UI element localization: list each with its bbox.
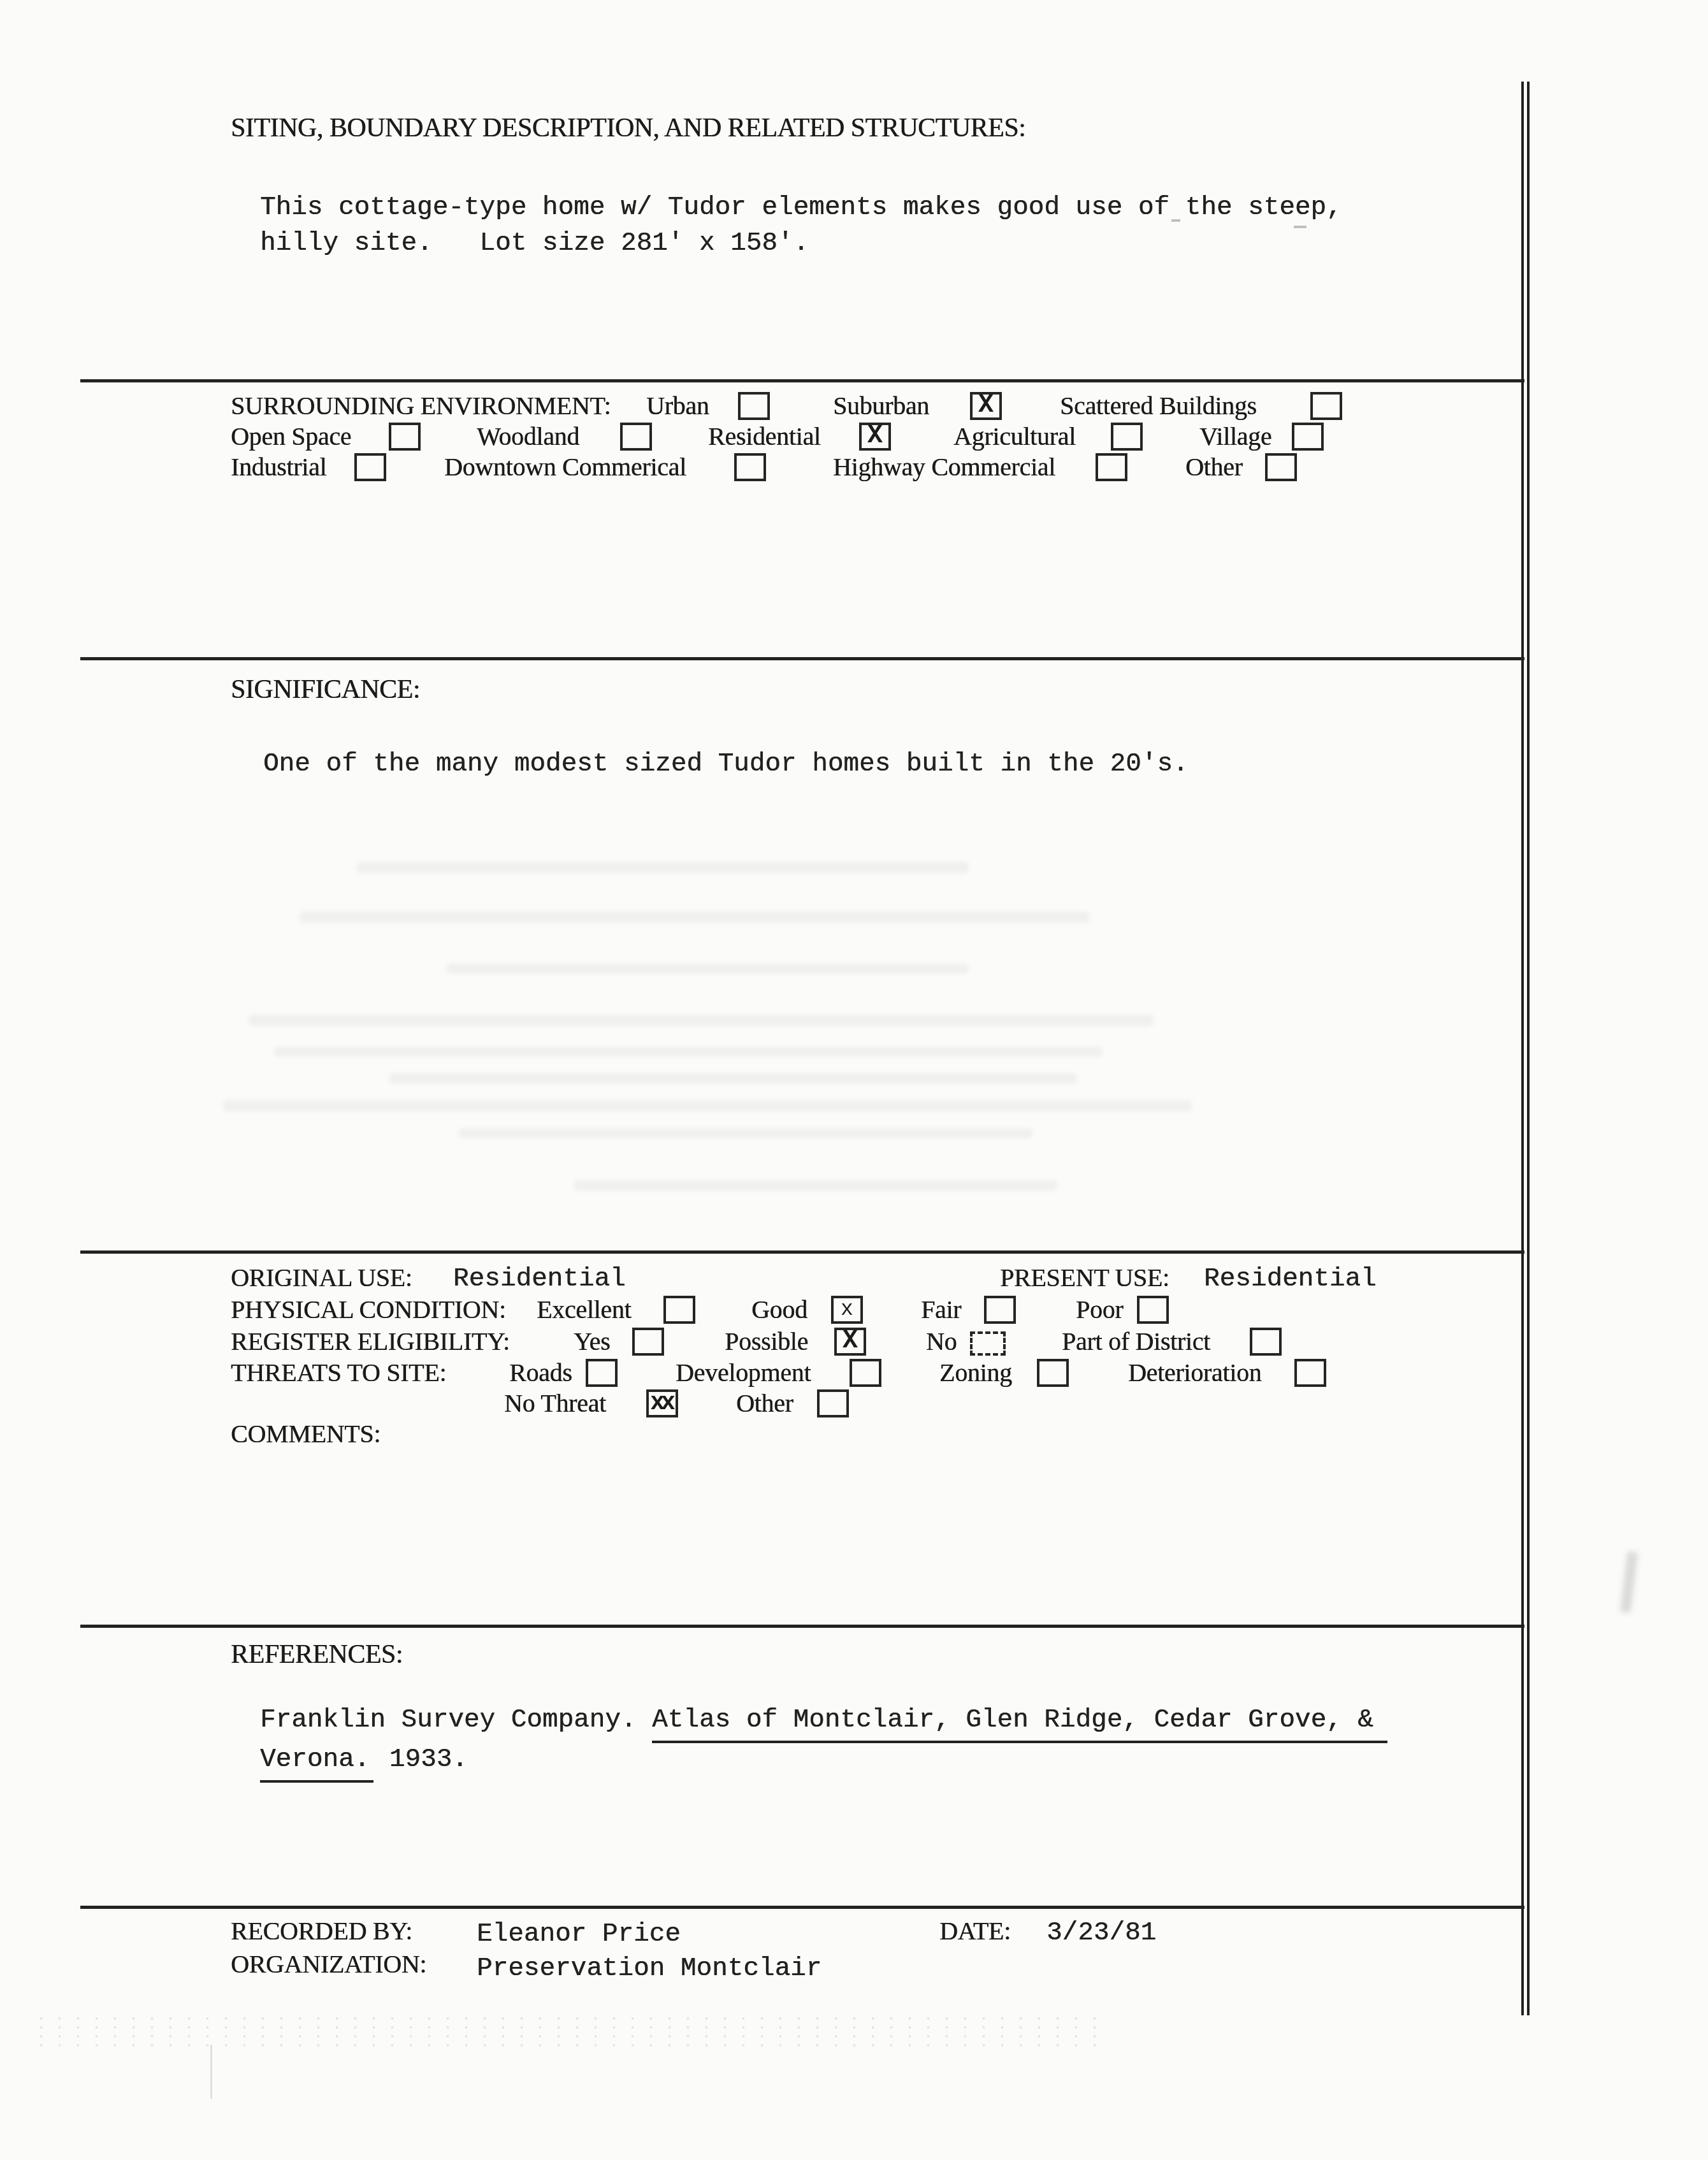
threats-roads-label: Roads [509, 1358, 572, 1388]
threats-roads-checkbox[interactable] [586, 1359, 618, 1387]
env-industrial-checkbox[interactable] [354, 453, 386, 481]
env-industrial-label: Industrial [231, 452, 326, 482]
environment-heading: SURROUNDING ENVIRONMENT: [231, 391, 611, 421]
register-no-checkbox[interactable] [970, 1331, 1006, 1356]
scan-artifact [574, 1180, 1058, 1191]
env-scattered-buildings-label: Scattered Buildings [1060, 391, 1257, 421]
divider-4 [80, 1625, 1524, 1628]
condition-fair-label: Fair [921, 1294, 961, 1324]
scan-artifact [357, 862, 969, 873]
siting-heading: SITING, BOUNDARY DESCRIPTION, AND RELATE… [231, 113, 1025, 143]
env-urban-checkbox[interactable] [738, 392, 770, 420]
siting-body: This cottage-type home w/ Tudor elements… [260, 190, 1342, 261]
scan-artifact [32, 2014, 1103, 2052]
original-use-label: ORIGINAL USE: [231, 1263, 412, 1293]
register-yes-checkbox[interactable] [632, 1328, 664, 1356]
register-possible-label: Possible [725, 1326, 808, 1356]
env-village-checkbox[interactable] [1292, 423, 1324, 451]
reference-title-part-1: Atlas of Montclair, Glen Ridge, Cedar Gr… [652, 1706, 1387, 1743]
recorded-by-value: Eleanor Price [477, 1920, 681, 1949]
env-scattered-buildings-checkbox[interactable] [1310, 392, 1342, 420]
scan-artifact [274, 1047, 1103, 1057]
env-suburban-label: Suburban [833, 391, 929, 421]
threats-no-threat-checkbox[interactable]: xx [646, 1389, 678, 1417]
scan-artifact [389, 1073, 1077, 1084]
divider-2 [80, 657, 1524, 660]
env-other-label: Other [1185, 452, 1243, 482]
env-woodland-checkbox[interactable] [620, 423, 652, 451]
references-heading: REFERENCES: [231, 1639, 403, 1670]
date-value: 3/23/81 [1046, 1918, 1156, 1948]
register-yes-label: Yes [574, 1326, 610, 1356]
env-woodland-label: Woodland [477, 421, 579, 451]
scan-artifact [1620, 1551, 1637, 1613]
env-residential-label: Residential [708, 421, 821, 451]
physical-condition-label: PHYSICAL CONDITION: [231, 1294, 506, 1324]
divider-5 [80, 1906, 1524, 1909]
scan-artifact [223, 1100, 1192, 1112]
original-use-value: Residential [453, 1265, 626, 1294]
reference-line-1: Franklin Survey Company. Atlas of Montcl… [260, 1706, 1387, 1735]
date-label: DATE: [939, 1916, 1011, 1946]
comments-label: COMMENTS: [231, 1419, 380, 1449]
scan-artifact [459, 1128, 1032, 1138]
env-downtown-commerical-checkbox[interactable] [734, 453, 766, 481]
divider-1 [80, 379, 1524, 382]
condition-poor-label: Poor [1076, 1294, 1123, 1324]
env-agricultural-checkbox[interactable] [1111, 423, 1143, 451]
condition-fair-checkbox[interactable] [984, 1296, 1016, 1324]
scan-artifact [249, 1015, 1154, 1026]
condition-excellent-checkbox[interactable] [663, 1296, 695, 1324]
right-border-line-inner [1521, 82, 1524, 2015]
threats-other-checkbox[interactable] [817, 1389, 849, 1417]
reference-title-part-2: Verona. [260, 1745, 373, 1783]
register-possible-checkbox[interactable]: X [834, 1328, 866, 1356]
threats-other-label: Other [736, 1388, 793, 1418]
present-use-value: Residential [1204, 1265, 1377, 1294]
threats-deterioration-label: Deterioration [1128, 1358, 1261, 1388]
historic-site-survey-form: SITING, BOUNDARY DESCRIPTION, AND RELATE… [0, 0, 1708, 2160]
present-use-label: PRESENT USE: [1000, 1263, 1169, 1293]
env-village-label: Village [1199, 421, 1271, 451]
reference-year: 1933. [373, 1745, 468, 1774]
scan-artifact [446, 964, 969, 974]
condition-good-label: Good [751, 1294, 807, 1324]
threats-deterioration-checkbox[interactable] [1294, 1359, 1326, 1387]
scan-artifact [300, 911, 1090, 923]
threats-zoning-label: Zoning [939, 1358, 1012, 1388]
divider-3 [80, 1250, 1524, 1254]
env-highway-commercial-label: Highway Commercial [833, 452, 1055, 482]
significance-body: One of the many modest sized Tudor homes… [263, 750, 1189, 779]
env-highway-commercial-checkbox[interactable] [1096, 453, 1127, 481]
organization-value: Preservation Montclair [477, 1954, 821, 1983]
threats-zoning-checkbox[interactable] [1037, 1359, 1069, 1387]
env-open-space-label: Open Space [231, 421, 351, 451]
threats-no-threat-label: No Threat [504, 1388, 606, 1418]
register-part-of-district-checkbox[interactable] [1250, 1328, 1282, 1356]
env-downtown-commerical-label: Downtown Commerical [444, 452, 686, 482]
condition-poor-checkbox[interactable] [1137, 1296, 1169, 1324]
env-agricultural-label: Agricultural [953, 421, 1076, 451]
threats-development-label: Development [676, 1358, 811, 1388]
right-border-line-outer [1527, 82, 1530, 2015]
recorded-by-label: RECORDED BY: [231, 1916, 412, 1946]
env-other-checkbox[interactable] [1265, 453, 1297, 481]
register-eligibility-label: REGISTER ELIGIBILITY: [231, 1326, 510, 1356]
env-residential-checkbox[interactable]: X [859, 423, 891, 451]
scan-artifact [1171, 219, 1180, 222]
register-part-of-district-label: Part of District [1062, 1326, 1210, 1356]
condition-excellent-label: Excellent [537, 1294, 631, 1324]
env-open-space-checkbox[interactable] [389, 423, 421, 451]
env-suburban-checkbox[interactable]: X [970, 392, 1002, 420]
scan-artifact [1294, 226, 1306, 228]
threats-development-checkbox[interactable] [850, 1359, 881, 1387]
condition-good-checkbox[interactable]: x [831, 1296, 863, 1324]
threats-to-site-label: THREATS TO SITE: [231, 1358, 446, 1388]
reference-line-2: Verona. 1933. [260, 1745, 468, 1774]
scan-artifact [210, 2045, 212, 2099]
register-no-label: No [926, 1326, 957, 1356]
significance-heading: SIGNIFICANCE: [231, 674, 420, 705]
env-urban-label: Urban [646, 391, 709, 421]
organization-label: ORGANIZATION: [231, 1949, 426, 1979]
reference-author: Franklin Survey Company. [260, 1706, 652, 1735]
